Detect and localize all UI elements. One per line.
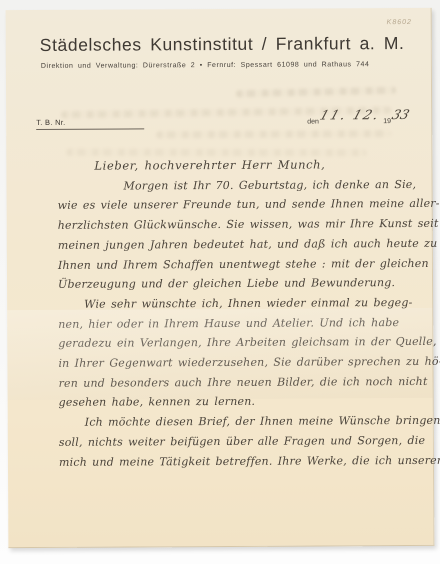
- ref-number-label: T. B. Nr.: [36, 118, 65, 127]
- date-day-month-handwritten: 11. 12.: [318, 108, 382, 123]
- letter-line: mich und meine Tätigkeit betreffen. Ihre…: [59, 451, 397, 472]
- letter-line: in Ihrer Gegenwart wiederzusehen, Sie da…: [58, 352, 396, 373]
- letterhead-subtitle: Direktion und Verwaltung: Dürerstraße 2 …: [41, 61, 370, 70]
- letter-line: Überzeugung und der gleichen Liebe und B…: [58, 273, 396, 294]
- letter-line: meinen jungen Jahren bedeutet hat, und d…: [58, 234, 396, 255]
- letter-page: K8602 Städelsches Kunstinstitut / Frankf…: [6, 8, 435, 548]
- letter-line: Ich möchte diesen Brief, der Ihnen meine…: [59, 411, 397, 432]
- letter-line: Morgen ist Ihr 70. Geburtstag, ich denke…: [57, 175, 395, 196]
- letter-line: gesehen habe, kennen zu lernen.: [59, 392, 397, 413]
- letter-line: nen, hier oder in Ihrem Hause und Atelie…: [58, 313, 396, 334]
- letterhead-title: Städelsches Kunstinstitut / Frankfurt a.…: [40, 33, 405, 56]
- letter-line: Wie sehr wünschte ich, Ihnen wieder einm…: [58, 293, 396, 314]
- letter-body: Lieber, hochverehrter Herr Munch, Morgen…: [57, 155, 397, 472]
- letter-line: ren und besonders auch Ihre neuen Bilder…: [58, 372, 396, 393]
- letter-line: wie es viele unserer Freunde tun, und se…: [58, 194, 396, 215]
- letter-salutation: Lieber, hochverehrter Herr Munch,: [57, 155, 395, 176]
- catalog-number-annotation: K8602: [387, 19, 412, 26]
- ink-bleedthrough-mark: [236, 87, 396, 98]
- letter-line: herzlichsten Glückwünsche. Sie wissen, w…: [58, 214, 396, 235]
- letter-line: soll, nichts weiter beifügen über alle F…: [59, 431, 397, 452]
- ref-number-line: [36, 128, 144, 130]
- letter-line: Ihnen und Ihrem Schaffen unentwegt stehe…: [58, 254, 396, 275]
- letter-line: geradezu ein Verlangen, Ihre Arbeiten gl…: [58, 332, 396, 353]
- ink-bleedthrough-mark: [156, 130, 391, 138]
- date-year-handwritten: 33: [390, 108, 411, 123]
